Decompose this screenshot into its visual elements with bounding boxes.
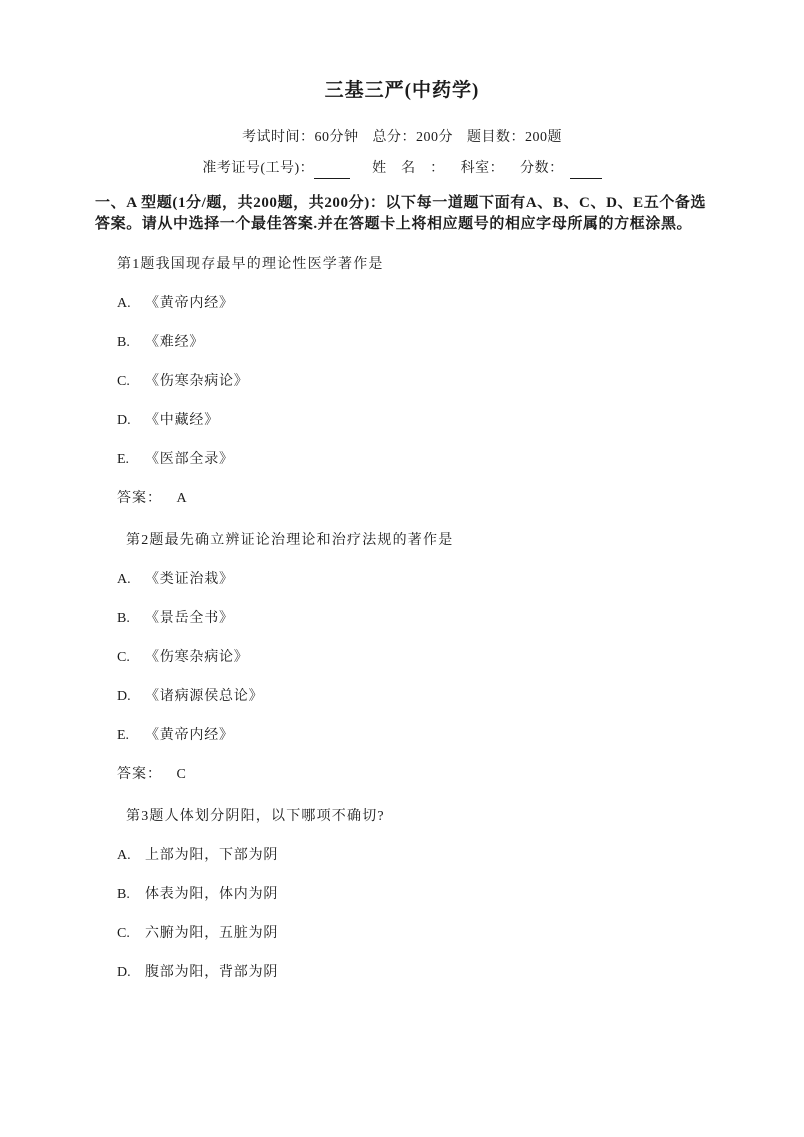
- option-text: 《难经》: [145, 335, 204, 351]
- question-3-option-c: C. 六腑为阳，五脏为阴: [95, 926, 709, 942]
- department-label: 科室：: [461, 159, 505, 179]
- option-text: 六腑为阳，五脏为阴: [145, 926, 278, 942]
- question-2-option-d: D. 《诸病源侯总论》: [95, 689, 709, 705]
- option-letter: C.: [117, 374, 145, 390]
- question-2-answer-line: 答案： C: [95, 767, 709, 783]
- option-text: 《医部全录》: [145, 452, 234, 468]
- option-letter: B.: [117, 611, 145, 627]
- answer-value: A: [177, 491, 188, 506]
- option-text: 体表为阳，体内为阴: [145, 887, 278, 903]
- option-letter: C.: [117, 650, 145, 666]
- option-text: 《景岳全书》: [145, 611, 234, 627]
- option-letter: E.: [117, 728, 145, 744]
- question-1: 第1题我国现存最早的理论性医学著作是 A. 《黄帝内经》 B. 《难经》 C. …: [95, 257, 709, 507]
- question-1-option-e: E. 《医部全录》: [95, 452, 709, 468]
- question-3-stem: 第3题人体划分阴阳，以下哪项不确切?: [95, 809, 709, 825]
- option-letter: D.: [117, 965, 145, 981]
- score-label: 分数：: [520, 159, 564, 179]
- question-2-option-b: B. 《景岳全书》: [95, 611, 709, 627]
- question-1-option-b: B. 《难经》: [95, 335, 709, 351]
- answer-label: 答案：: [117, 491, 162, 506]
- question-1-stem: 第1题我国现存最早的理论性医学著作是: [95, 257, 709, 273]
- admission-no-blank: [314, 162, 350, 179]
- option-letter: B.: [117, 887, 145, 903]
- option-text: 《类证治栽》: [145, 572, 234, 588]
- exam-time: 考试时间：60分钟: [242, 128, 359, 148]
- question-1-answer-line: 答案： A: [95, 491, 709, 507]
- question-3-option-b: B. 体表为阳，体内为阴: [95, 887, 709, 903]
- option-letter: B.: [117, 335, 145, 351]
- option-letter: D.: [117, 413, 145, 429]
- answer-value: C: [177, 767, 187, 782]
- name-label: 姓 名 ：: [372, 159, 445, 179]
- option-text: 上部为阳，下部为阴: [145, 848, 278, 864]
- admission-no-label: 准考证号(工号)：: [202, 159, 314, 179]
- total-score: 总分：200分: [373, 128, 454, 148]
- page-title: 三基三严(中药学): [95, 78, 709, 104]
- question-1-option-a: A. 《黄帝内经》: [95, 296, 709, 312]
- section-a-instruction: 一、A 型题(1分/题，共200题，共200分)：以下每一道题下面有A、B、C、…: [95, 193, 709, 235]
- question-2: 第2题最先确立辨证论治理论和治疗法规的著作是 A. 《类证治栽》 B. 《景岳全…: [95, 533, 709, 783]
- question-count: 题目数：200题: [467, 128, 562, 148]
- option-text: 《中藏经》: [145, 413, 219, 429]
- question-1-option-c: C. 《伤寒杂病论》: [95, 374, 709, 390]
- question-1-option-d: D. 《中藏经》: [95, 413, 709, 429]
- option-letter: C.: [117, 926, 145, 942]
- option-letter: A.: [117, 296, 145, 312]
- answer-label: 答案：: [117, 767, 162, 782]
- option-text: 腹部为阳，背部为阴: [145, 965, 278, 981]
- option-text: 《伤寒杂病论》: [145, 374, 249, 390]
- option-text: 《黄帝内经》: [145, 728, 234, 744]
- exam-meta-line: 考试时间：60分钟 总分：200分 题目数：200题: [95, 128, 709, 148]
- question-3-option-d: D. 腹部为阳，背部为阴: [95, 965, 709, 981]
- question-2-option-c: C. 《伤寒杂病论》: [95, 650, 709, 666]
- option-letter: A.: [117, 848, 145, 864]
- question-3: 第3题人体划分阴阳，以下哪项不确切? A. 上部为阳，下部为阴 B. 体表为阳，…: [95, 809, 709, 981]
- exam-document-page: 三基三严(中药学) 考试时间：60分钟 总分：200分 题目数：200题 准考证…: [0, 0, 804, 1137]
- option-text: 《黄帝内经》: [145, 296, 234, 312]
- question-2-option-e: E. 《黄帝内经》: [95, 728, 709, 744]
- option-letter: A.: [117, 572, 145, 588]
- option-text: 《诸病源侯总论》: [145, 689, 263, 705]
- option-letter: E.: [117, 452, 145, 468]
- question-2-option-a: A. 《类证治栽》: [95, 572, 709, 588]
- question-2-stem: 第2题最先确立辨证论治理论和治疗法规的著作是: [95, 533, 709, 549]
- question-3-option-a: A. 上部为阳，下部为阴: [95, 848, 709, 864]
- registration-line: 准考证号(工号)： 姓 名 ： 科室： 分数：: [95, 159, 709, 179]
- score-blank: [570, 162, 602, 179]
- option-letter: D.: [117, 689, 145, 705]
- option-text: 《伤寒杂病论》: [145, 650, 249, 666]
